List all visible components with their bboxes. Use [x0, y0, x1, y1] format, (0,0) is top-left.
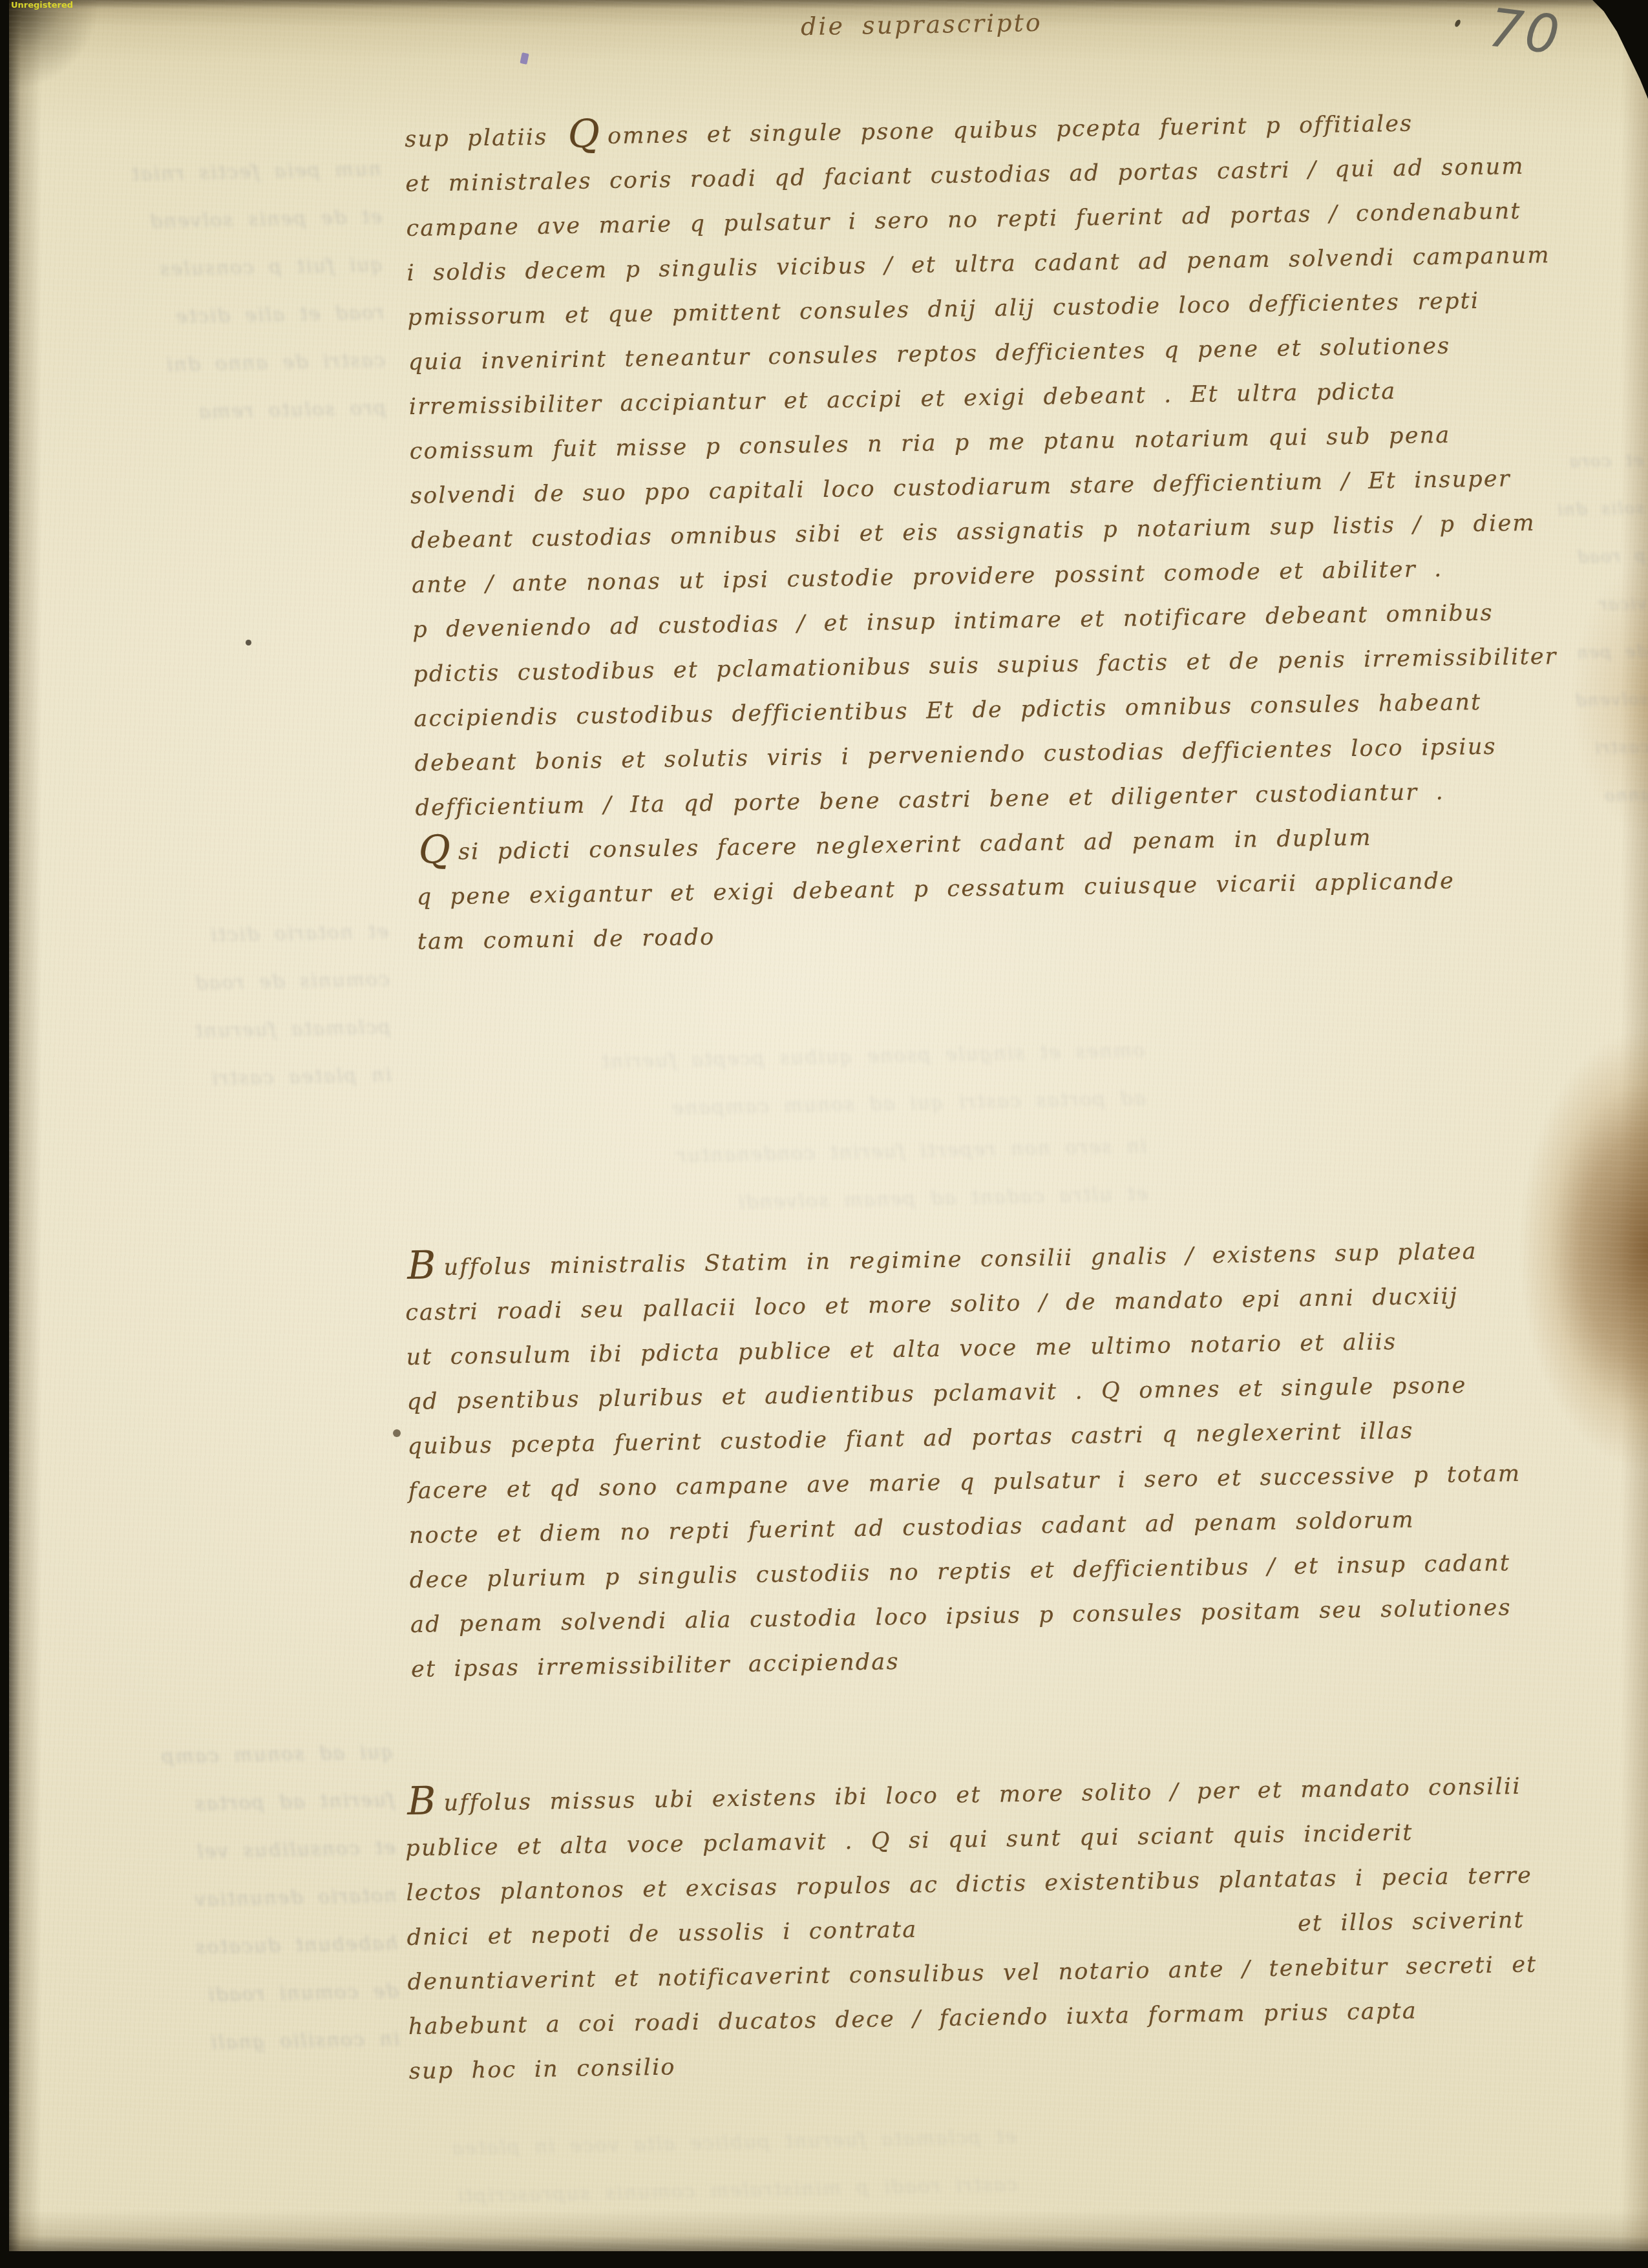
photo-backdrop: { "page": { "watermark": "Unregistered",…	[0, 0, 1648, 2268]
text-line: num peia fectis rniat	[32, 158, 381, 213]
text-line: castri roadi p ministralem comunis supra…	[371, 2174, 1018, 2235]
folio-number: 70	[1486, 0, 1565, 67]
initial-letter: B	[407, 1265, 437, 1266]
show-through-text: et notario dicticomunis de roadpclamata …	[39, 920, 392, 1118]
initial-letter: Q	[419, 850, 452, 850]
paragraph-guard-ordinance: sup platiis Qomnes et singule psone quib…	[405, 107, 1632, 973]
text-line: et notario dicti	[39, 920, 389, 975]
initial-letter: B	[407, 1801, 437, 1801]
text-line: castri de anno dni	[36, 349, 386, 404]
text-line: in sero non reperti fuerint condenantur	[436, 1135, 1147, 1197]
text-line: qui fuit p consules	[34, 253, 384, 308]
text-line: et pclamata fuerunt publice alta voce in…	[370, 2126, 1017, 2187]
text-line: in platea castri	[43, 1064, 392, 1118]
text-line: et ultra cadant ad penam solvendi	[437, 1182, 1148, 1245]
text-line: qui ad sonum camp	[32, 1741, 394, 1796]
text-line: notario denuntiav	[34, 1884, 397, 1940]
text-fragment: omnes et singule psone quibus pcepta fue…	[607, 110, 1413, 149]
text-line: et de penis solvend	[33, 205, 383, 260]
text-line: road et alie dicte	[35, 301, 385, 356]
text-fragment: et illos sciverint	[1298, 1907, 1525, 1956]
text-line: omnes et singule psone quibus pcepta fue…	[434, 1040, 1145, 1102]
paragraph-proclamation-trees: Buffolus missus ubi existens ibi loco et…	[405, 1772, 1624, 2103]
text-fragment: uffolus ministralis Statim in regimine c…	[443, 1239, 1477, 1281]
show-through-text: qui ad sonum campfuerint ad portaset con…	[32, 1741, 401, 2083]
ink-speck	[246, 640, 251, 646]
show-through-text: et pclamata fuerunt publice alta voce in…	[370, 2126, 1019, 2235]
text-line: in consilio gnali	[37, 2028, 400, 2083]
ink-speck	[393, 1429, 401, 1437]
paragraph-proclamation-guards: Buffolus ministralis Statim in regimine …	[405, 1236, 1627, 1701]
text-fragment: uffolus missus ubi existens ibi loco et …	[443, 1774, 1521, 1816]
text-line: ad portas castri qui ad sonum campane	[435, 1087, 1146, 1150]
text-fragment: dnici et nepoti de ussolis i contrata	[407, 1917, 918, 1969]
ink-speck	[1453, 19, 1461, 28]
initial-letter: Q	[568, 134, 601, 134]
text-line: de comuni roadi	[36, 1980, 399, 2035]
text-line: pclamata fuerunt	[41, 1016, 391, 1071]
text-line: pro soluto rema	[37, 397, 386, 452]
text-fragment: sup platiis	[405, 124, 565, 152]
text-line: habebunt ducatos	[36, 1932, 398, 1988]
text-line: et consulibus vel	[34, 1836, 396, 1892]
ink-blot	[520, 52, 529, 65]
text-line: fuerint ad portas	[32, 1789, 395, 1844]
running-header: die suprascripto	[801, 8, 1042, 41]
text-line: comunis de road	[41, 968, 390, 1023]
manuscript-page: num peia fectis rniatet de penis solvend…	[9, 0, 1648, 2251]
scanner-watermark: Unregistered	[11, 1, 73, 10]
show-through-text: omnes et singule psone quibus pcepta fue…	[434, 1040, 1148, 1246]
show-through-text: num peia fectis rniatet de penis solvend…	[32, 158, 386, 452]
